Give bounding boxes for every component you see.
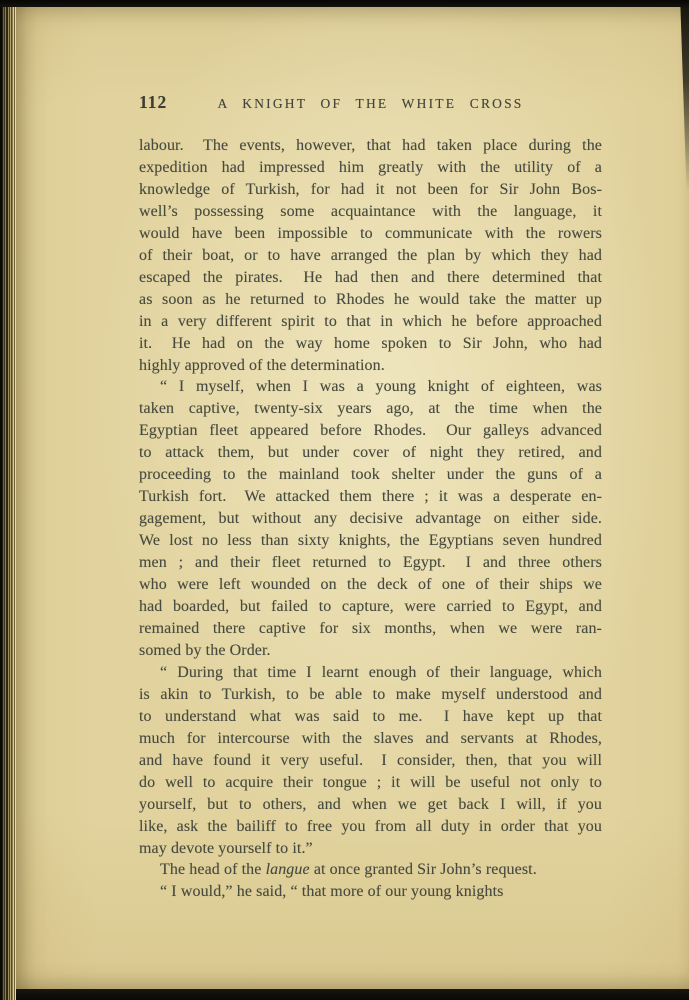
text-line: proceeding to the mainland took shelter … [139,464,602,486]
text-line: taken captive, twenty-six years ago, at … [139,398,602,420]
text-line: gagement, but without any decisive advan… [139,508,602,530]
text-line: knowledge of Turkish, for had it not bee… [139,179,602,201]
paragraph: “ During that time I learnt enough of th… [139,662,602,860]
text-line: do well to acquire their tongue ; it wil… [139,772,602,794]
text-line: well’s possessing some acquaintance with… [139,201,602,223]
text-line: escaped the pirates. He had then and the… [139,267,602,289]
italic-text: langue [266,861,310,878]
book-page-scan: 112 A KNIGHT OF THE WHITE CROSS labour. … [0,0,689,1000]
text-line: to attack them, but under cover of night… [139,442,602,464]
text-line: “ During that time I learnt enough of th… [139,662,602,684]
running-head: 112 A KNIGHT OF THE WHITE CROSS [139,92,602,110]
text-line: to understand what was said to me. I hav… [139,706,602,728]
text-line: Egyptian fleet appeared before Rhodes. O… [139,420,602,442]
text-line: much for intercourse with the slaves and… [139,728,602,750]
text-line: The head of the langue at once granted S… [139,859,602,881]
text-line: as soon as he returned to Rhodes he woul… [139,289,602,311]
text-line: labour. The events, however, that had ta… [139,135,602,157]
paragraph: The head of the langue at once granted S… [139,859,602,881]
text-line: like, ask the bailiff to free you from a… [139,816,602,838]
page-number: 112 [139,92,211,114]
text-line: would have been impossible to communicat… [139,223,602,245]
text-line: may devote yourself to it.” [139,838,602,860]
text-line: yourself, but to others, and when we get… [139,794,602,816]
body-text: 112 A KNIGHT OF THE WHITE CROSS labour. … [139,92,602,903]
paragraph: “ I would,” he said, “ that more of our … [139,881,602,903]
paragraphs-container: labour. The events, however, that had ta… [139,135,602,903]
text-line: and have found it very useful. I conside… [139,750,602,772]
paragraph: labour. The events, however, that had ta… [139,135,602,376]
running-title: A KNIGHT OF THE WHITE CROSS [211,93,530,115]
text-line: who were left wounded on the deck of one… [139,574,602,596]
text-line: of their boat, or to have arranged the p… [139,245,602,267]
text-line: “ I myself, when I was a young knight of… [139,376,602,398]
text-line: Turkish fort. We attacked them there ; i… [139,486,602,508]
text-line: remained there captive for six months, w… [139,618,602,640]
text-line: expedition had impressed him greatly wit… [139,157,602,179]
text-line: it. He had on the way home spoken to Sir… [139,333,602,355]
book-spine-page-edges [0,0,16,1000]
scan-bottom-border [0,989,689,1000]
text-line: somed by the Order. [139,640,602,662]
text-line: is akin to Turkish, to be able to make m… [139,684,602,706]
paragraph: “ I myself, when I was a young knight of… [139,376,602,661]
text-line: men ; and their fleet returned to Egypt.… [139,552,602,574]
text-line: highly approved of the determination. [139,355,602,377]
text-line: We lost no less than sixty knights, the … [139,530,602,552]
scan-top-border [0,0,689,7]
text-line: “ I would,” he said, “ that more of our … [139,881,602,903]
text-line: had boarded, but failed to capture, were… [139,596,602,618]
text-line: in a very different spirit to that in wh… [139,311,602,333]
